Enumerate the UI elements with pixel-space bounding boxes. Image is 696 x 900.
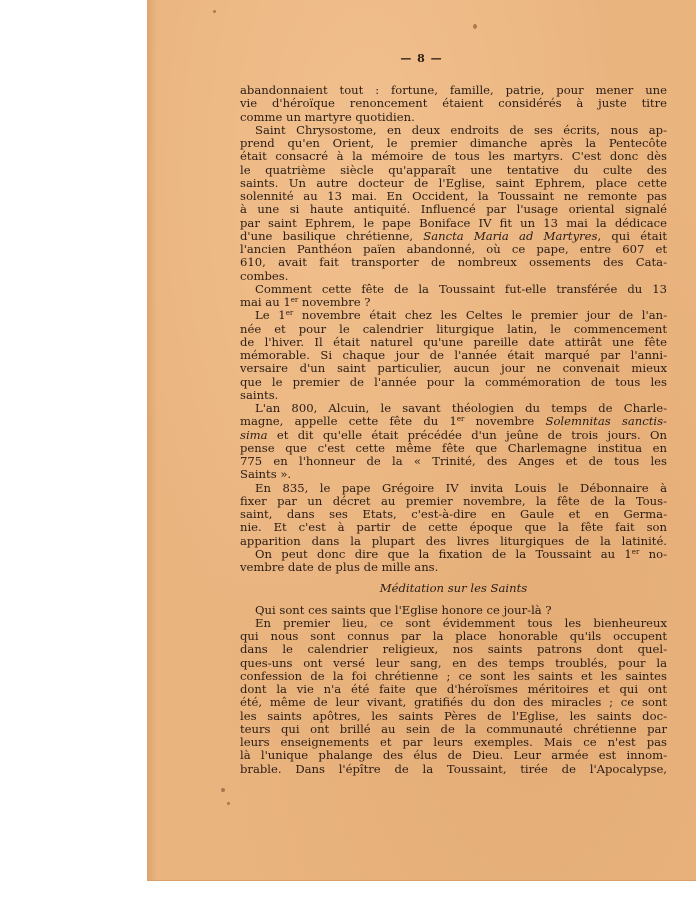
text-line: qui nous sont connus par la place honora… <box>240 630 667 643</box>
stain-mark <box>473 24 477 29</box>
document-page: — 8 — abandonnaient tout : fortune, fami… <box>147 0 696 881</box>
text-line: saints. Un autre docteur de l'Eglise, sa… <box>240 177 667 190</box>
text-line: 610, avait fait transporter de nombreux … <box>240 256 667 269</box>
text-line: pense que c'est cette même fête que Char… <box>240 442 667 455</box>
text-line: prend qu'en Orient, le premier dimanche … <box>240 137 667 150</box>
text-line: vembre date de plus de mille ans. <box>240 561 667 574</box>
text-line: brable. Dans l'épître de la Toussaint, t… <box>240 763 667 776</box>
text-line: que le premier de l'année pour la commém… <box>240 376 667 389</box>
text-line: L'an 800, Alcuin, le savant théologien d… <box>240 402 667 415</box>
text-line: ques-uns ont versé leur sang, en des tem… <box>240 657 667 670</box>
text-line: Saint Chrysostome, en deux endroits de s… <box>240 124 667 137</box>
section-title: Méditation sur les Saints <box>240 582 667 595</box>
text-line: On peut donc dire que la fixation de la … <box>240 548 667 561</box>
body-text: abandonnaient tout : fortune, famille, p… <box>240 84 667 776</box>
text-line: teurs qui ont brillé au sein de la commu… <box>240 723 667 736</box>
stain-mark <box>227 802 230 805</box>
text-line: Qui sont ces saints que l'Eglise honore … <box>240 604 667 617</box>
text-line: Le 1er novembre était chez les Celtes le… <box>240 309 667 322</box>
text-line: En premier lieu, ce sont évidemment tous… <box>240 617 667 630</box>
text-line: versaire d'un saint particulier, aucun j… <box>240 362 667 375</box>
text-line: Comment cette fête de la Toussaint fut-e… <box>240 283 667 296</box>
text-line: le quatrième siècle qu'apparaît une tent… <box>240 164 667 177</box>
text-line: solennité au 13 mai. En Occident, la Tou… <box>240 190 667 203</box>
text-line: nie. Et c'est à partir de cette époque q… <box>240 521 667 534</box>
text-line: été, même de leur vivant, gratifiés du d… <box>240 696 667 709</box>
text-line: sima et dit qu'elle était précédée d'un … <box>240 429 667 442</box>
text-line: née et pour le calendrier liturgique lat… <box>240 323 667 336</box>
text-line: En 835, le pape Grégoire IV invita Louis… <box>240 482 667 495</box>
text-line: là l'unique phalange des élus de Dieu. L… <box>240 749 667 762</box>
text-line: dans le calendrier religieux, nos saints… <box>240 643 667 656</box>
text-line: 775 en l'honneur de la « Trinité, des An… <box>240 455 667 468</box>
stain-mark <box>213 10 216 13</box>
text-line: dont la vie n'a été faite que d'héroïsme… <box>240 683 667 696</box>
text-line: leurs enseignements et par leurs exemple… <box>240 736 667 749</box>
text-line: combes. <box>240 270 667 283</box>
text-line: saint, dans ses Etats, c'est-à-dire en G… <box>240 508 667 521</box>
text-line: par saint Ephrem, le pape Boniface IV fi… <box>240 217 667 230</box>
text-line: apparition dans la plupart des livres li… <box>240 535 667 548</box>
text-line: saints. <box>240 389 667 402</box>
stain-mark <box>221 788 225 792</box>
text-line: les saints apôtres, les saints Pères de … <box>240 710 667 723</box>
text-line: d'une basilique chrétienne, Sancta Maria… <box>240 230 667 243</box>
text-line: à une si haute antiquité. Influencé par … <box>240 203 667 216</box>
text-line: vie d'héroïque renoncement étaient consi… <box>240 97 667 110</box>
text-line: fixer par un décret au premier novembre,… <box>240 495 667 508</box>
text-line: mai au 1er novembre ? <box>240 296 667 309</box>
text-line: confession de la foi chrétienne ; ce son… <box>240 670 667 683</box>
text-line: était consacré à la mémoire de tous les … <box>240 150 667 163</box>
text-line: de l'hiver. Il était naturel qu'une pare… <box>240 336 667 349</box>
text-line: l'ancien Panthéon païen abandonné, où ce… <box>240 243 667 256</box>
text-line: mémorable. Si chaque jour de l'année éta… <box>240 349 667 362</box>
text-line: magne, appelle cette fête du 1er novembr… <box>240 415 667 428</box>
page-number: — 8 — <box>147 52 696 65</box>
text-line: Saints ». <box>240 468 667 481</box>
text-line: comme un martyre quotidien. <box>240 111 667 124</box>
text-line: abandonnaient tout : fortune, famille, p… <box>240 84 667 97</box>
